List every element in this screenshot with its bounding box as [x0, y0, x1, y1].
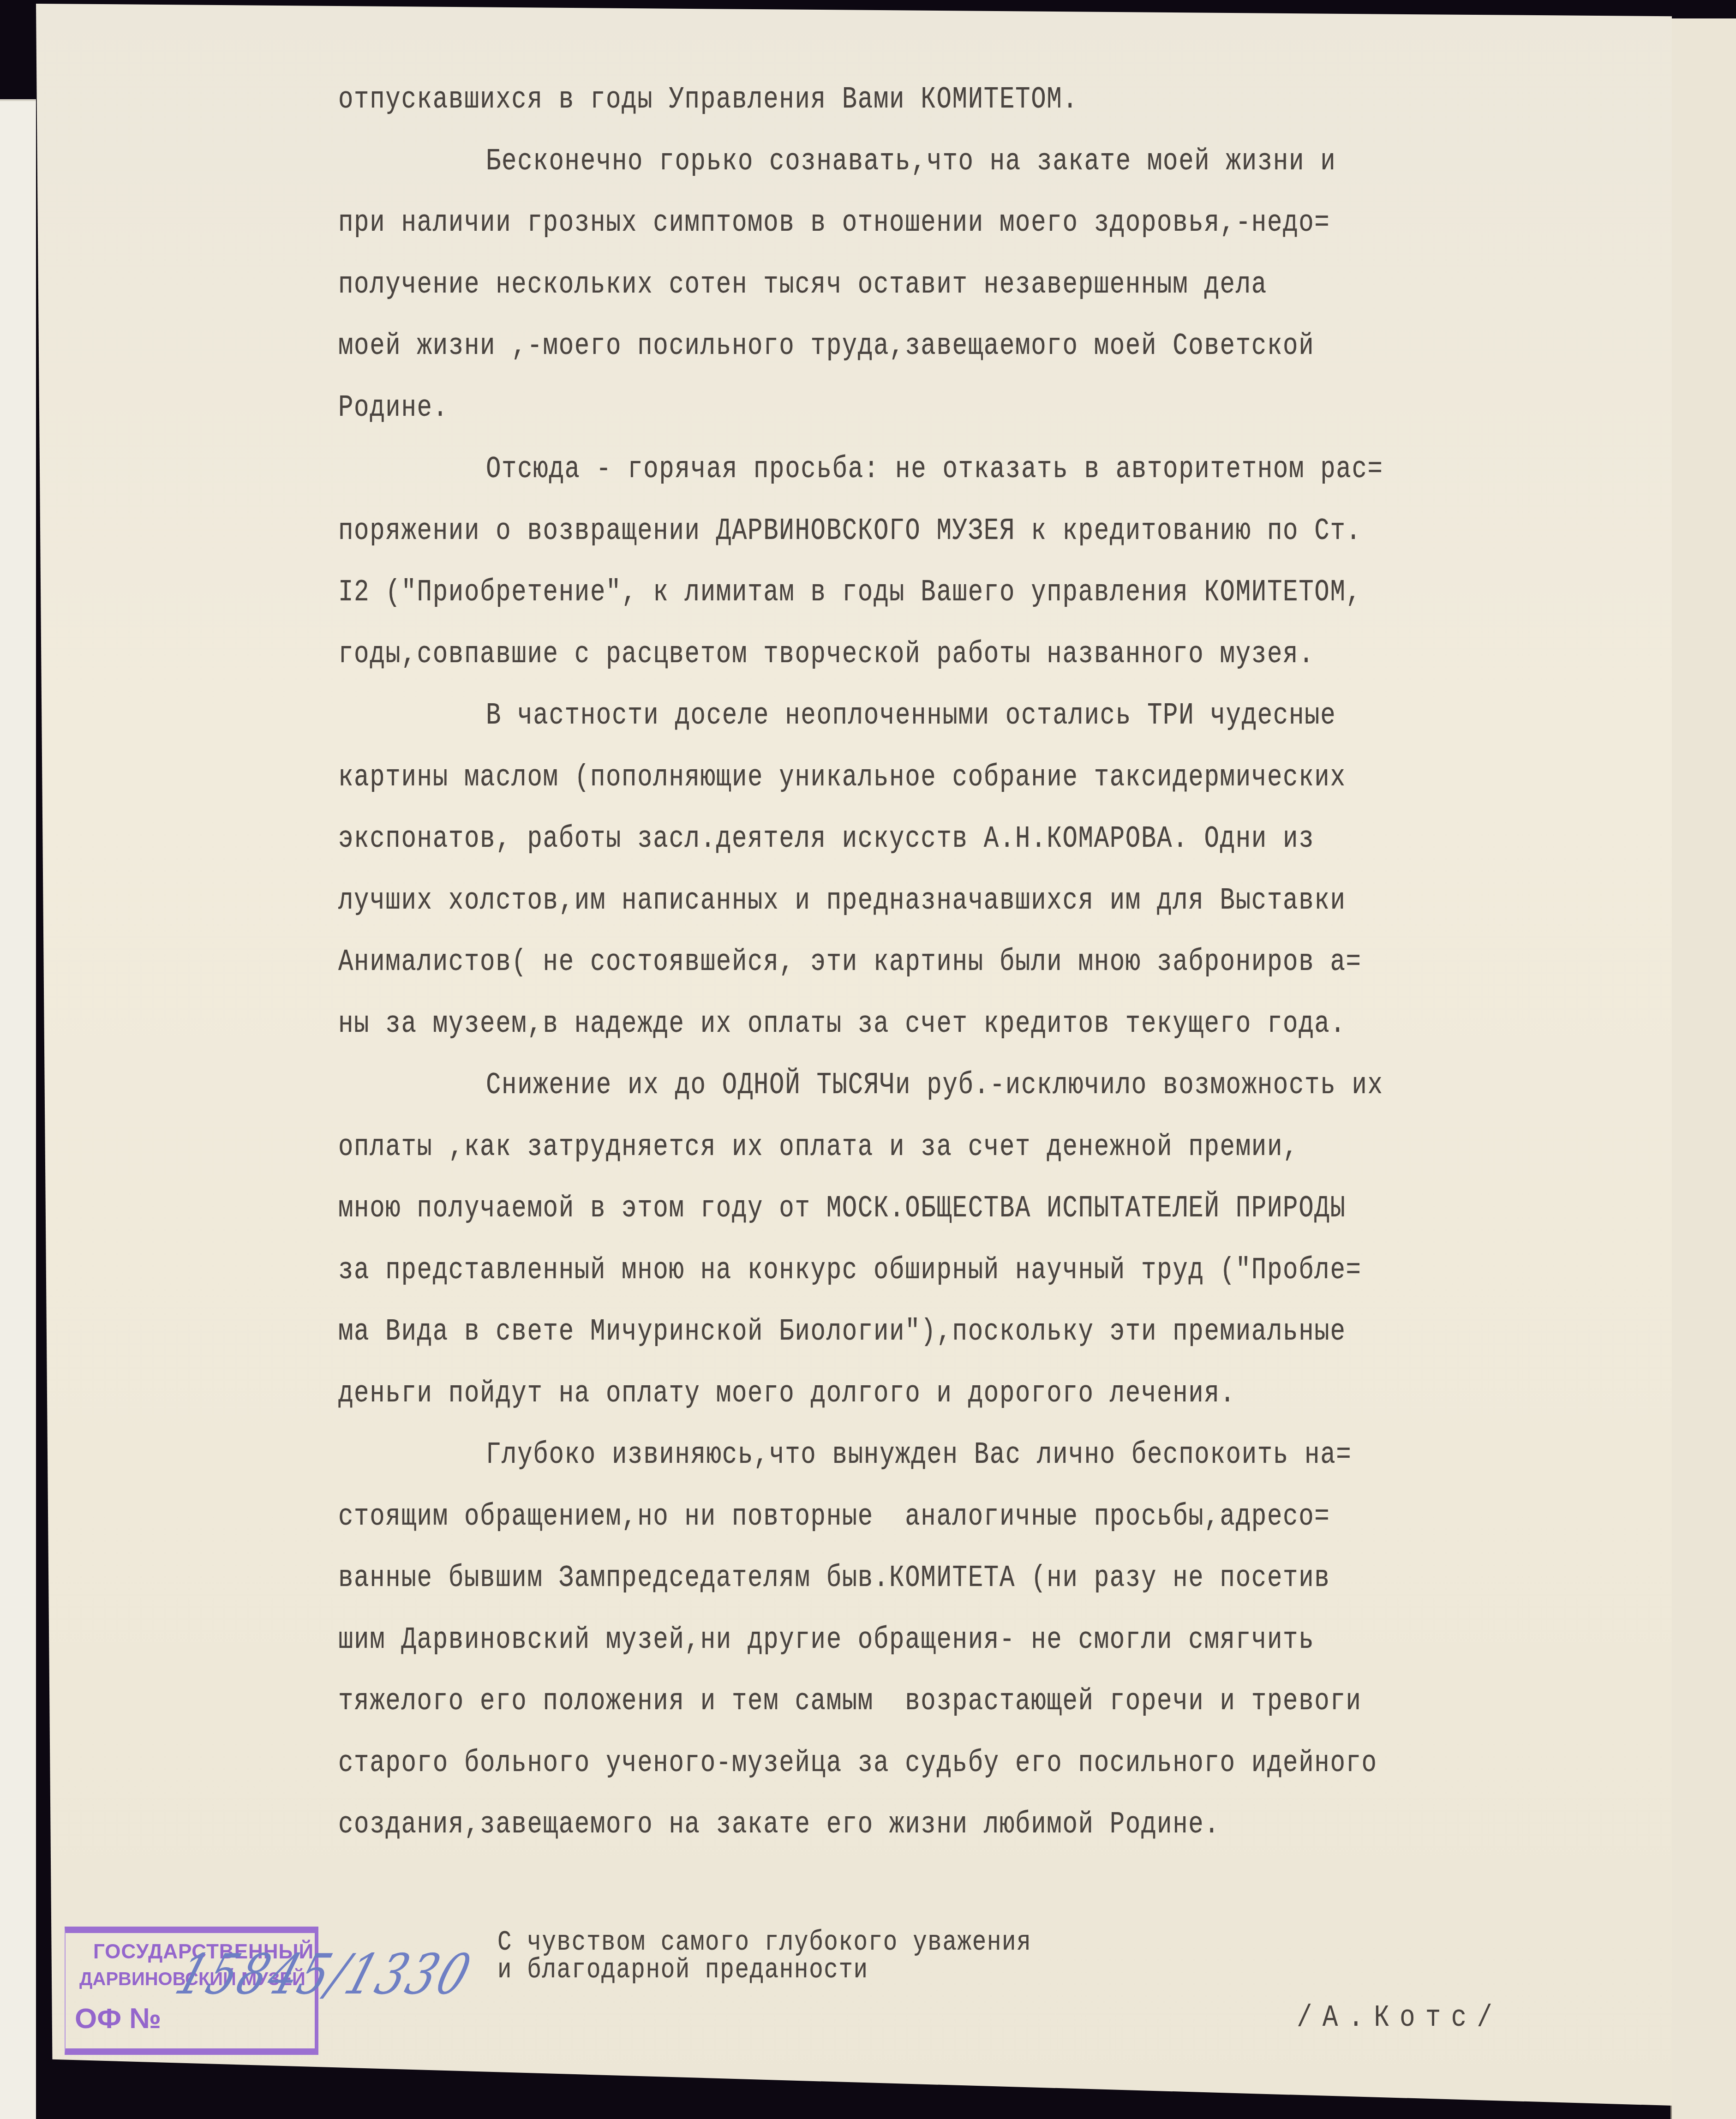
body-line: картины маслом (пополняющие уникальное с…	[338, 760, 1346, 795]
body-line: Анималистов( не состоявшейся, эти картин…	[338, 945, 1362, 979]
body-line: за представленный мною на конкурс обширн…	[338, 1253, 1362, 1287]
body-line: деньги пойдут на оплату моего долгого и …	[338, 1376, 1236, 1411]
closing-line-2: и благодарной преданности	[497, 1953, 868, 1986]
body-line: В частности доселе неоплоченными осталис…	[486, 698, 1336, 733]
body-line: Отсюда - горячая просьба: не отказать в …	[486, 452, 1383, 486]
body-line: Родине.	[338, 390, 449, 425]
document-page: отпускавшихся в годы Управления Вами КОМ…	[36, 4, 1672, 2106]
body-line: экспонатов, работы засл.деятеля искусств…	[338, 821, 1314, 856]
body-line: отпускавшихся в годы Управления Вами КОМ…	[338, 82, 1078, 117]
body-line: при наличии грозных симптомов в отношени…	[338, 205, 1330, 240]
body-line: Бесконечно горько сознавать,что на закат…	[486, 144, 1336, 179]
stamp-line-3: ОФ №	[75, 2002, 161, 2035]
body-line: ны за музеем,в надежде их оплаты за счет…	[338, 1006, 1346, 1041]
body-line: создания,завещаемого на закате его жизни…	[338, 1807, 1220, 1842]
body-line: стоящим обращением,но ни повторные анало…	[338, 1499, 1330, 1534]
handwritten-inventory-number: 15845/1330	[168, 1943, 480, 2007]
body-line: лучших холстов,им написанных и предназна…	[338, 883, 1346, 918]
body-line: получение нескольких сотен тысяч оставит…	[338, 267, 1267, 302]
body-line: Глубоко извиняюсь,что вынужден Вас лично…	[486, 1437, 1352, 1472]
body-line: старого больного ученого-музейца за судь…	[338, 1746, 1377, 1780]
body-line: оплаты ,как затрудняется их оплата и за …	[338, 1130, 1299, 1164]
body-line: шим Дарвиновский музей,ни другие обращен…	[338, 1622, 1314, 1657]
body-line: годы,совпавшие с расцветом творческой ра…	[338, 637, 1314, 671]
body-line: мною получаемой в этом году от МОСК.ОБЩЕ…	[338, 1191, 1346, 1226]
typed-signature: /А.Котс/	[1297, 2000, 1503, 2035]
body-line: ванные бывшим Зампредседателям быв.КОМИТ…	[338, 1561, 1330, 1595]
backing-sheet	[1670, 18, 1736, 2119]
body-line: моей жизни ,-моего посильного труда,заве…	[338, 329, 1314, 363]
body-line: ма Вида в свете Мичуринской Биологии"),п…	[338, 1314, 1346, 1349]
body-line: Снижение их до ОДНОЙ ТЫСЯЧи руб.-исключи…	[486, 1068, 1383, 1102]
adjacent-page-edge	[0, 99, 36, 2119]
body-line: поряжении о возвращении ДАРВИНОВСКОГО МУ…	[338, 514, 1362, 548]
body-line: тяжелого его положения и тем самым возра…	[338, 1684, 1362, 1718]
body-line: I2 ("Приобретение", к лимитам в годы Ваш…	[338, 575, 1362, 610]
